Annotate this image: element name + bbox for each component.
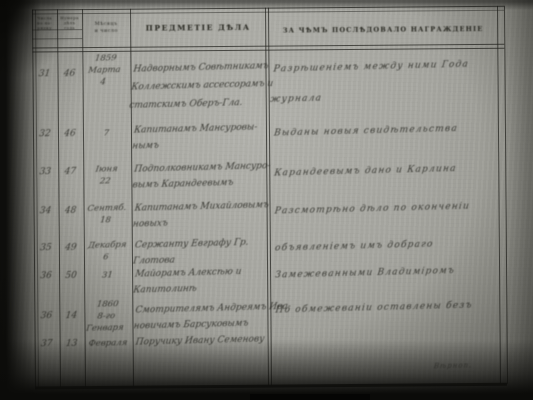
row-order-number: 36 (33, 271, 59, 283)
row-resolution: Карандеевымъ дано и Карлина (273, 161, 457, 182)
row-resolution: Разсмотрѣно дѣло по оконченіи (274, 199, 471, 220)
resolution-column-header: ЗА ЧѢМЪ ПОСЛѢДОВАЛО НАГРАЖДЕНІЕ (272, 25, 494, 35)
row-resolution: Разрѣшеніемъ между ними Года журнала (269, 57, 470, 108)
row-order-number: 31 (31, 69, 57, 81)
column-header-case-number: Нумера дѣлъ года (57, 15, 82, 30)
resolution-line: журнала (269, 87, 466, 108)
row-resolution: По обмежеваніи оставлены безъ (274, 298, 473, 319)
date-line: 7 (82, 127, 131, 140)
row-date: 7 (82, 127, 131, 140)
subject-line: нымъ (131, 136, 256, 155)
subject-line: Поручику Ивану Семенову (135, 331, 265, 350)
date-line: 4 (78, 76, 127, 89)
column-rule-1 (57, 9, 61, 387)
row-subject: Майорамъ Алексѣю и Капитолинѣ (132, 264, 242, 299)
date-line: Генваря (80, 322, 129, 335)
row-order-number: 34 (32, 206, 58, 218)
table-border-right-inner (497, 6, 501, 384)
row-case-number: 47 (57, 167, 83, 179)
subject-line: Коллежскимъ ассессорамъ и (130, 75, 274, 97)
subject-line: новыхъ (132, 213, 268, 232)
date-line: 6 (81, 251, 130, 264)
row-date: 31 (83, 269, 132, 282)
row-date: Сентяб. 18 (81, 202, 132, 227)
row-case-number: 14 (58, 311, 84, 323)
date-line: Декабря (82, 239, 131, 252)
row-case-number: 46 (57, 129, 83, 141)
date-line: Сентяб. (82, 202, 131, 215)
row-case-number: 49 (58, 243, 84, 255)
photo-edge-shadow (250, 394, 370, 400)
row-order-number: 36 (33, 311, 59, 323)
row-date: Іюня 22 (80, 163, 131, 188)
clerk-signature: Вѣрноп. (433, 357, 473, 374)
row-subject: Поручику Ивану Семенову (135, 331, 265, 350)
subject-line: вымъ Карандеевымъ (132, 174, 270, 193)
row-subject: Надворнымъ Совѣтникамъ Коллежскимъ ассес… (128, 57, 276, 115)
row-date: Декабря 6 (81, 239, 132, 264)
column-header-line: рядку (32, 25, 57, 30)
resolution-line: Выданы новыя свидѣтельства (273, 121, 459, 142)
column-header-line: и число (82, 28, 130, 35)
column-header-line: года (57, 25, 82, 30)
subject-line: Капитолинѣ (132, 280, 240, 299)
date-line: Февраля (83, 337, 132, 350)
row-order-number: 32 (32, 129, 58, 141)
resolution-line: Замежеванными Владиміромъ (274, 263, 456, 284)
row-order-number: 37 (33, 339, 59, 351)
row-resolution: Замежеванными Владиміромъ (274, 263, 456, 284)
date-line: 31 (83, 269, 132, 282)
row-subject: Капитанамъ Михайловымъ новыхъ (132, 197, 270, 232)
row-resolution: Выданы новыя свидѣтельства (273, 121, 459, 142)
subject-line: Капитанамъ Мансуровы- (133, 120, 258, 139)
row-date: 1860 8-го Генваря (80, 298, 132, 335)
subject-line: новичамъ Барсуковымъ (133, 315, 290, 335)
resolution-line: По обмежеваніи оставлены безъ (274, 298, 473, 319)
subject-column-header: ПРЕДМЕТІЕ ДѢЛА (135, 23, 261, 33)
date-line: 18 (81, 214, 130, 227)
table-border-left-inner (35, 9, 39, 387)
subject-line: Сержанту Евграфу Гр. (134, 235, 249, 254)
row-subject: Смотрителямъ Андреямъ Ива- новичамъ Барс… (133, 299, 292, 335)
row-case-number: 48 (57, 206, 83, 218)
row-date: 1859 Марта 4 (78, 52, 130, 89)
row-subject: Капитанамъ Мансуровы- нымъ (131, 120, 258, 155)
resolution-line: Разсмотрѣно дѣло по оконченіи (274, 199, 471, 220)
subject-line: статскимъ Оберъ-Гла. (128, 93, 272, 115)
row-case-number: 13 (58, 339, 84, 351)
resolution-line: Разрѣшеніемъ между ними Года (273, 57, 470, 78)
resolution-line: объявленіемъ имъ добраго (274, 237, 434, 257)
resolution-line: Карандеевымъ дано и Карлина (273, 161, 457, 182)
date-line: 22 (80, 175, 129, 188)
row-case-number: 50 (58, 271, 84, 283)
subject-line: Майорамъ Алексѣю и (134, 264, 242, 283)
row-order-number: 35 (33, 243, 59, 255)
row-order-number: 33 (32, 167, 58, 179)
column-header-order-number: Числа по по- рядку (32, 15, 57, 30)
registry-table: Числа по по- рядку Нумера дѣлъ года Мѣся… (32, 6, 509, 390)
column-header-date: Мѣсяцъ и число (82, 21, 130, 35)
photographed-ledger-page: Числа по по- рядку Нумера дѣлъ года Мѣся… (0, 0, 533, 400)
row-date: Февраля (83, 337, 132, 350)
row-resolution: объявленіемъ имъ добраго (274, 237, 434, 257)
row-subject: Подполковникамъ Мансуро- вымъ Карандеевы… (132, 158, 272, 193)
